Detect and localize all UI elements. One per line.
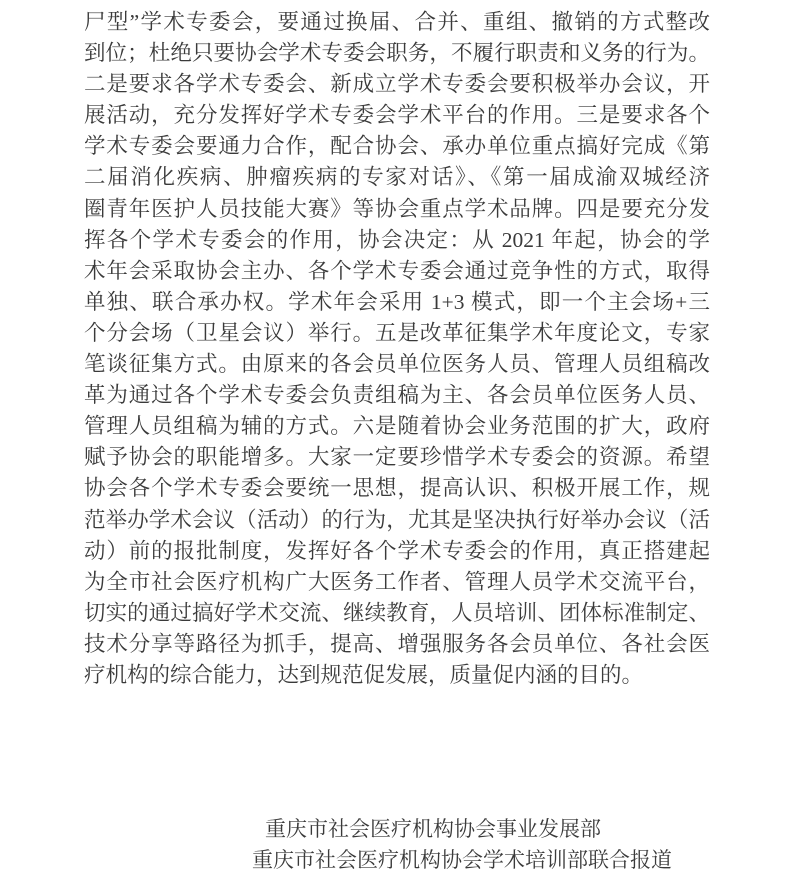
body-line: 切实的通过搞好学术交流、继续教育，人员培训、团体标准制定、	[84, 598, 710, 629]
document-body: 尸型”学术专委会，要通过换届、合并、重组、撤销的方式整改 到位；杜绝只要协会学术…	[84, 7, 710, 691]
body-line: 革为通过各个学术专委会负责组稿为主、各会员单位医务人员、	[84, 380, 710, 411]
body-line: 管理人员组稿为辅的方式。六是随着协会业务范围的扩大，政府	[84, 411, 710, 442]
body-line: 圈青年医护人员技能大赛》等协会重点学术品牌。四是要充分发	[84, 194, 710, 225]
body-line: 协会各个学术专委会要统一思想，提高认识、积极开展工作，规	[84, 473, 710, 504]
body-line: 动）前的报批制度，发挥好各个学术专委会的作用，真正搭建起	[84, 536, 710, 567]
body-line: 个分会场（卫星会议）举行。五是改革征集学术年度论文，专家	[84, 318, 710, 349]
body-line: 疗机构的综合能力，达到规范促发展，质量促内涵的目的。	[84, 660, 710, 691]
body-line: 尸型”学术专委会，要通过换届、合并、重组、撤销的方式整改	[84, 7, 710, 38]
body-line: 展活动，充分发挥好学术专委会学术平台的作用。三是要求各个	[84, 100, 710, 131]
document-page: 尸型”学术专委会，要通过换届、合并、重组、撤销的方式整改 到位；杜绝只要协会学术…	[0, 0, 793, 883]
body-line: 学术专委会要通力合作，配合协会、承办单位重点搞好完成《第	[84, 131, 710, 162]
body-line: 挥各个学术专委会的作用，协会决定：从 2021 年起，协会的学	[84, 225, 710, 256]
body-line: 为全市社会医疗机构广大医务工作者、管理人员学术交流平台，	[84, 567, 710, 598]
signature-line-academic-training-dept: 重庆市社会医疗机构协会学术培训部联合报道	[252, 848, 672, 872]
body-line: 术年会采取协会主办、各个学术专委会通过竞争性的方式，取得	[84, 256, 710, 287]
body-line: 单独、联合承办权。学术年会采用 1+3 模式，即一个主会场+三	[84, 287, 710, 318]
body-line: 二届消化疾病、肿瘤疾病的专家对话》、《第一届成渝双城经济	[84, 162, 710, 193]
body-line: 笔谈征集方式。由原来的各会员单位医务人员、管理人员组稿改	[84, 349, 710, 380]
body-line: 赋予协会的职能增多。大家一定要珍惜学术专委会的资源。希望	[84, 442, 710, 473]
body-line: 范举办学术会议（活动）的行为，尤其是坚决执行好举办会议（活	[84, 505, 710, 536]
body-line: 二是要求各学术专委会、新成立学术专委会要积极举办会议，开	[84, 69, 710, 100]
body-line: 到位；杜绝只要协会学术专委会职务，不履行职责和义务的行为。	[84, 38, 710, 69]
body-line: 技术分享等路径为抓手，提高、增强服务各会员单位、各社会医	[84, 629, 710, 660]
signature-line-business-development-dept: 重庆市社会医疗机构协会事业发展部	[265, 817, 601, 841]
